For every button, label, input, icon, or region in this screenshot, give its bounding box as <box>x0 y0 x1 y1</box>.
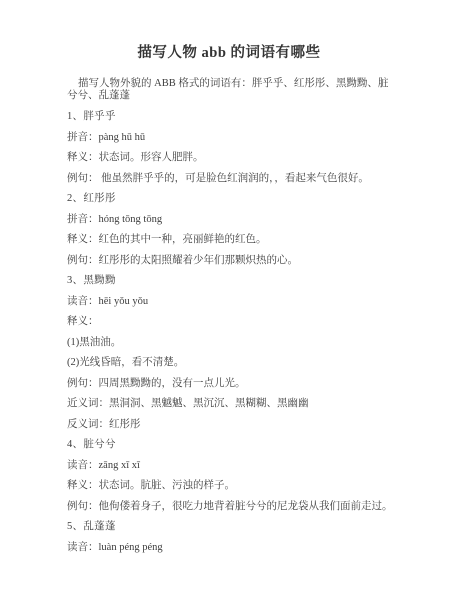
doc-line-23: 读音：luàn péng péng <box>67 542 391 554</box>
doc-line-5: 例句： 他虽然胖乎乎的，可是脸色红润润的，，看起来气色很好。 <box>67 173 391 185</box>
doc-line-13: (1)黑油油。 <box>67 337 391 349</box>
doc-line-1: 描写人物外貌的 ABB 格式的词语有：胖乎乎、红彤彤、黑黝黝、脏兮兮、乱蓬蓬 <box>67 78 391 102</box>
document-body: 描写人物外貌的 ABB 格式的词语有：胖乎乎、红彤彤、黑黝黝、脏兮兮、乱蓬蓬1、… <box>67 78 391 553</box>
doc-line-22: 5、乱蓬蓬 <box>67 521 391 533</box>
doc-line-9: 例句：红彤彤的太阳照耀着少年们那颗炽热的心。 <box>67 255 391 267</box>
doc-line-7: 拼音：hóng tōng tōng <box>67 214 391 226</box>
document-title: 描写人物 abb 的词语有哪些 <box>67 44 391 62</box>
doc-line-17: 反义词：红彤彤 <box>67 419 391 431</box>
doc-line-11: 读音：hēi yǒu yǒu <box>67 296 391 308</box>
doc-line-20: 释义：状态词。肮脏、污浊的样子。 <box>67 480 391 492</box>
doc-line-6: 2、红彤彤 <box>67 193 391 205</box>
document-page: 描写人物 abb 的词语有哪些 描写人物外貌的 ABB 格式的词语有：胖乎乎、红… <box>0 0 463 600</box>
doc-line-15: 例句：四周黑黝黝的，没有一点儿光。 <box>67 378 391 390</box>
doc-line-10: 3、黑黝黝 <box>67 275 391 287</box>
doc-line-4: 释义：状态词。形容人肥胖。 <box>67 152 391 164</box>
doc-line-8: 释义：红色的其中一种，亮丽鲜艳的红色。 <box>67 234 391 246</box>
doc-line-2: 1、胖乎乎 <box>67 111 391 123</box>
doc-line-21: 例句：他佝偻着身子，很吃力地背着脏兮兮的尼龙袋从我们面前走过。 <box>67 501 391 513</box>
doc-line-16: 近义词：黑洞洞、黑魆魆、黑沉沉、黑糊糊、黑幽幽 <box>67 398 391 410</box>
doc-line-3: 拼音：pàng hū hū <box>67 132 391 144</box>
doc-line-18: 4、脏兮兮 <box>67 439 391 451</box>
doc-line-19: 读音：zāng xī xī <box>67 460 391 472</box>
doc-line-12: 释义： <box>67 316 391 328</box>
doc-line-14: (2)光线昏暗，看不清楚。 <box>67 357 391 369</box>
